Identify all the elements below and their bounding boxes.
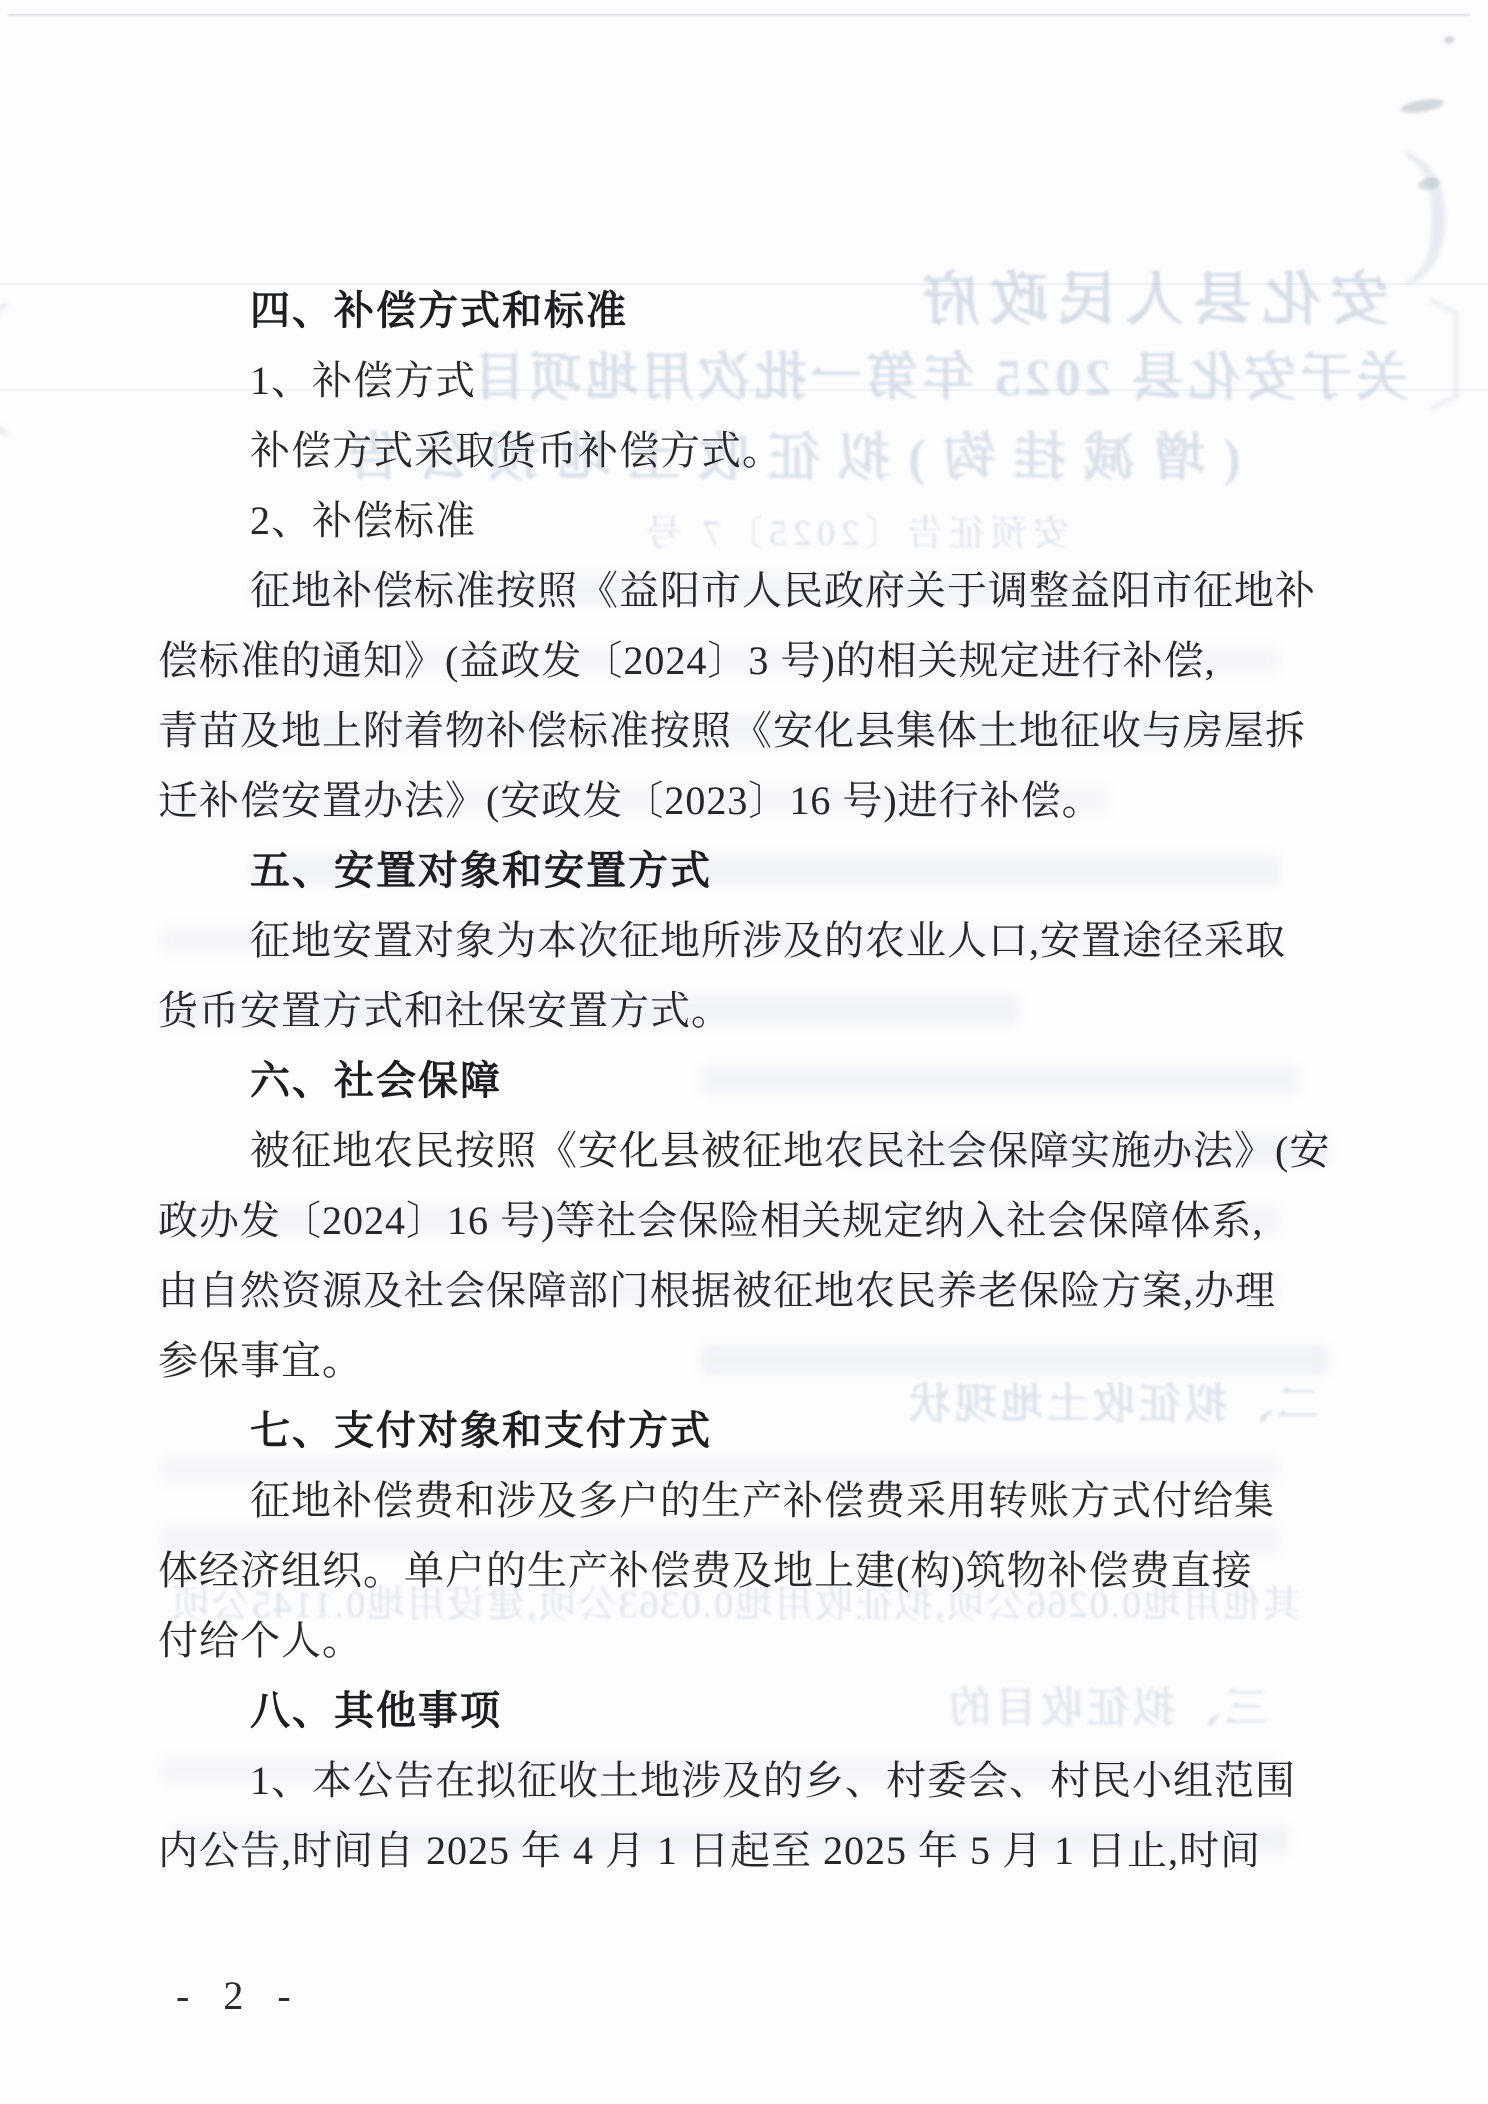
bleed-fragment-glyph: ) bbox=[0, 280, 12, 430]
bleed-through-text: 关于安化县 2025 年第一批次用地项目 bbox=[470, 350, 1408, 407]
document-text-line: 青苗及地上附着物补偿标准按照《安化县集体土地征收与房屋拆 bbox=[158, 708, 1306, 754]
document-text-line: 体经济组织。单户的生产补偿费及地上建(构)筑物补偿费直接 bbox=[158, 1548, 1253, 1594]
scan-speck bbox=[1399, 96, 1444, 115]
document-text-line: 补偿方式采取货币补偿方式。 bbox=[250, 428, 783, 474]
bleed-smudge bbox=[700, 1345, 1330, 1375]
section-heading: 六、社会保障 bbox=[250, 1058, 502, 1104]
document-text-line: 征地补偿费和涉及多户的生产补偿费采用转账方式付给集 bbox=[250, 1478, 1275, 1524]
document-text-line: 货币安置方式和社保安置方式。 bbox=[158, 988, 732, 1034]
section-heading: 八、其他事项 bbox=[250, 1688, 502, 1734]
document-text-line: 1、本公告在拟征收土地涉及的乡、村委会、村民小组范围 bbox=[250, 1758, 1296, 1804]
document-text-line: 征地安置对象为本次征地所涉及的农业人口,安置途径采取 bbox=[250, 918, 1286, 964]
document-text-line: 征地补偿标准按照《益阳市人民政府关于调整益阳市征地补 bbox=[250, 568, 1316, 614]
bleed-through-text: 安化县人民政府 bbox=[912, 268, 1388, 332]
document-text-line: 由自然资源及社会保障部门根据被征地农民养老保险方案,办理 bbox=[158, 1268, 1276, 1314]
section-heading: 五、安置对象和安置方式 bbox=[250, 848, 712, 894]
document-text-line: 参保事宜。 bbox=[158, 1338, 363, 1384]
document-text-line: 内公告,时间自 2025 年 4 月 1 日起至 2025 年 5 月 1 日止… bbox=[158, 1828, 1261, 1874]
document-text-line: 迁补偿安置办法》(安政发〔2023〕16 号)进行补偿。 bbox=[158, 778, 1103, 824]
scan-artifact-top-line bbox=[8, 14, 1470, 16]
section-heading: 七、支付对象和支付方式 bbox=[250, 1408, 712, 1454]
scan-speck bbox=[1443, 35, 1454, 45]
document-text-line: 被征地农民按照《安化县被征地农民社会保障实施办法》(安 bbox=[250, 1128, 1330, 1174]
document-text-line: 政办发〔2024〕16 号)等社会保险相关规定纳入社会保障体系, bbox=[158, 1198, 1263, 1244]
page-number: - 2 - bbox=[176, 1972, 303, 2019]
section-heading: 四、补偿方式和标准 bbox=[250, 288, 628, 334]
document-text-line: 2、补偿标准 bbox=[250, 498, 476, 544]
bleed-fragment-glyph: ( bbox=[1402, 130, 1452, 280]
bleed-smudge bbox=[700, 1065, 1300, 1095]
document-text-line: 1、补偿方式 bbox=[250, 358, 476, 404]
document-text-line: 偿标准的通知》(益政发〔2024〕3 号)的相关规定进行补偿, bbox=[158, 638, 1216, 684]
scanned-page: - 2 - 安化县人民政府关于安化县 2025 年第一批次用地项目(增减挂钩)拟… bbox=[0, 0, 1488, 2104]
bleed-through-text: 三、拟征收目的 bbox=[945, 1686, 1267, 1732]
bleed-fragment-glyph: 〔 bbox=[1424, 300, 1488, 420]
bleed-through-text: 二、拟征收土地现状 bbox=[905, 1382, 1319, 1428]
bleed-through-text: 安预征告〔2025〕7 号 bbox=[640, 514, 1069, 554]
document-text-line: 付给个人。 bbox=[158, 1618, 363, 1664]
